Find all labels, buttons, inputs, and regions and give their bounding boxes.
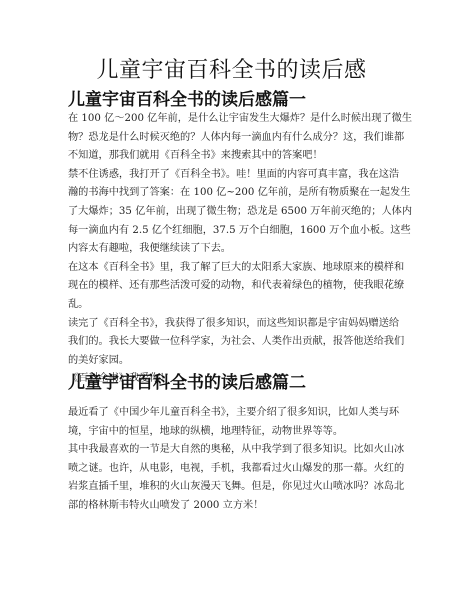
text-line: 了大爆炸；35 亿年前，出现了微生物；恐龙是 6500 万年前灭绝的；人体内 <box>68 203 394 222</box>
text-line: 岩浆直插千里，堆积的火山灰漫天飞舞。但是，你见过火山喷冰吗？冰岛北 <box>68 478 394 497</box>
text-line: 乱。 <box>68 296 394 315</box>
section-body-2: 最近看了《中国少年儿童百科全书》，主要介绍了很多知识，比如人类与环 境，宇宙中的… <box>68 404 394 516</box>
text-line: 物？恐龙是什么时候灭绝的？人体内每一滴血内有什么成分？这，我们谁都 <box>68 129 394 148</box>
text-line: 瀚的书海中找到了答案：在 100 亿~200 亿年前，是所有物质聚在一起发生 <box>68 184 394 203</box>
text-line: 喷之谜。也许，从电影，电视，手机，我都看过火山爆发的那一幕。火红的 <box>68 460 394 479</box>
text-line: 在 100 亿～200 亿年前，是什么让宇宙发生大爆炸？是什么时候出现了微生 <box>68 110 394 129</box>
text-line: 境，宇宙中的恒星，地球的纵横，地理特征，动物世界等等。 <box>68 423 394 442</box>
text-line: 不知道，那我们就用《百科全书》来搜索其中的答案吧！ <box>68 147 394 166</box>
document-page: 儿童宇宙百科全书的读后感 儿童宇宙百科全书的读后感篇一 在 100 亿～200 … <box>0 0 463 600</box>
text-line: 的美好家园。 <box>68 352 394 371</box>
section-heading-1: 儿童宇宙百科全书的读后感篇一 <box>68 89 306 111</box>
text-line: 每一滴血内有 2.5 亿个红细胞，37.5 万个白细胞，1600 万个血小板。这… <box>68 222 394 241</box>
text-line: 读完了《百科全书》，我获得了很多知识，而这些知识都是宇宙妈妈赠送给 <box>68 315 394 334</box>
section-body-1: 在 100 亿～200 亿年前，是什么让宇宙发生大爆炸？是什么时候出现了微生 物… <box>68 110 394 389</box>
text-line: 内容太有趣啦，我便继续读了下去。 <box>68 240 394 259</box>
text-line: 其中我最喜欢的一节是大自然的奥秘，从中我学到了很多知识。比如火山冰 <box>68 441 394 460</box>
document-title: 儿童宇宙百科全书的读后感 <box>0 57 463 85</box>
text-line: 最近看了《中国少年儿童百科全书》，主要介绍了很多知识，比如人类与环 <box>68 404 394 423</box>
text-line: 我们的。我长大要做一位科学家，为社会、人类作出贡献，报答他送给我们 <box>68 333 394 352</box>
text-line: 部的格林斯韦特火山喷发了 2000 立方米！ <box>68 497 394 516</box>
text-line: 在这本《百科全书》里，我了解了巨大的太阳系大家族、地球原来的模样和 <box>68 259 394 278</box>
text-line: 禁不住诱惑，我打开了《百科全书》。哇！里面的内容可真丰富，我在这浩 <box>68 166 394 185</box>
text-line: 现在的模样、还有那些活泼可爱的动物，和代表着绿色的植物，使我眼花缭 <box>68 277 394 296</box>
section-heading-2: 儿童宇宙百科全书的读后感篇二 <box>68 372 306 394</box>
